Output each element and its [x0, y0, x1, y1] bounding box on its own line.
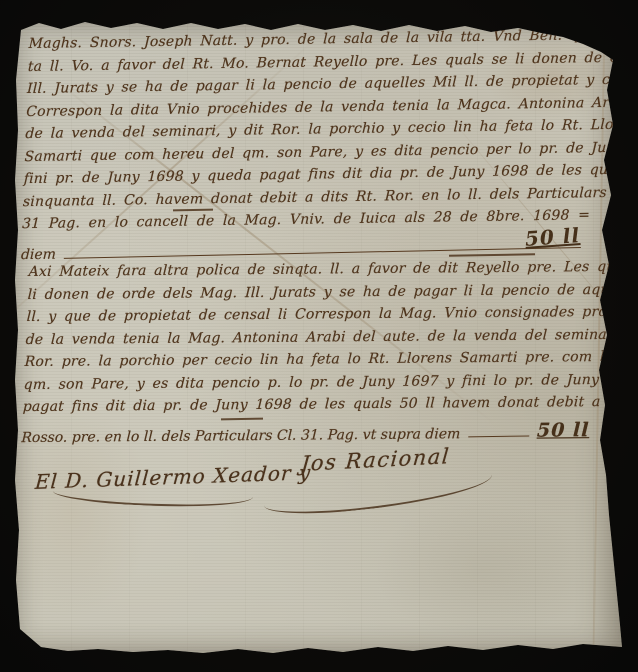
paragraph-1: Maghs. Snors. Joseph Natt. y pro. de la … — [21, 27, 605, 263]
signature-right: Jos Racional — [300, 444, 451, 476]
signature-left: El D. Guillermo Xeador y — [34, 460, 312, 494]
photo-background: Maghs. Snors. Joseph Natt. y pro. de la … — [0, 0, 638, 672]
amount-paragraph-1: 50 ll — [524, 223, 581, 251]
flourish-rule — [468, 435, 529, 437]
manuscript-paper: Maghs. Snors. Joseph Natt. y pro. de la … — [13, 20, 625, 656]
closing-text: Rosso. pre. en lo ll. dels Particulars C… — [21, 426, 461, 446]
closing-line-2: Rosso. pre. en lo ll. dels Particulars C… — [21, 417, 590, 446]
ink-underline — [449, 253, 535, 256]
handwriting-layer: Maghs. Snors. Joseph Natt. y pro. de la … — [13, 20, 625, 656]
paragraph-2: Axi Mateix fara altra polica de sinqta. … — [21, 259, 605, 446]
closing-word: diem — [21, 246, 57, 263]
amount-paragraph-2: 50 ll — [537, 419, 590, 441]
flourish-rule — [64, 247, 581, 259]
